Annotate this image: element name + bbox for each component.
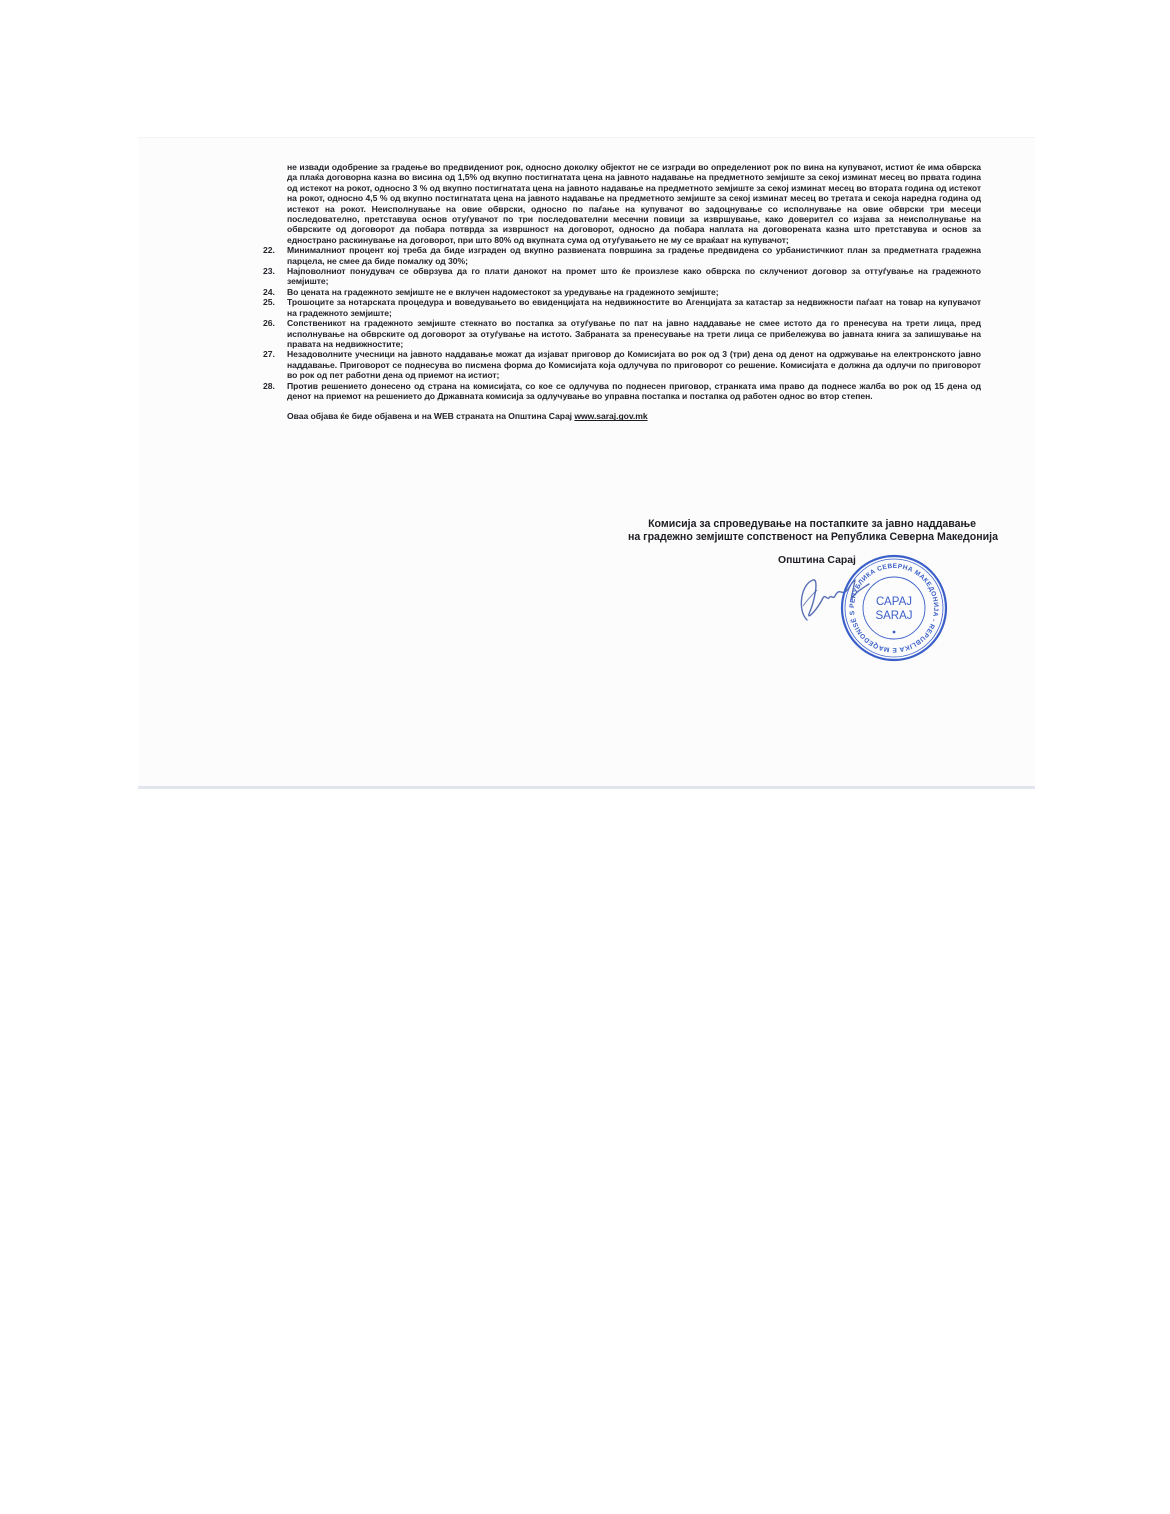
item-number: 26. [263,318,283,328]
item-number: 28. [263,381,283,391]
item-text: Против решението донесено од страна на к… [287,381,981,401]
item-text: Најповолниот понудувач се обврзува да го… [287,266,981,286]
item-text: Минималниот процент кој треба да биде из… [287,245,981,265]
conditions-list: 22. Минималниот процент кој треба да бид… [287,245,981,401]
list-item-22: 22. Минималниот процент кој треба да бид… [287,245,981,266]
item-text: Трошоците за нотарската процедура и вове… [287,297,981,317]
list-item-25: 25. Трошоците за нотарската процедура и … [287,297,981,318]
commission-title-line-1: Комисија за спроведување на постапките з… [578,518,998,531]
notice-text: Оваа објава ќе биде објавена и на WEB ст… [287,411,572,421]
list-item-28: 28. Против решението донесено од страна … [287,381,981,402]
list-item-27: 27. Незадоволните учесници на јавното на… [287,349,981,380]
stamp-center-cyrillic: САРАЈ [876,596,912,608]
list-item-26: 26. Сопственикот на градежното земјиште … [287,318,981,349]
item-number: 24. [263,287,283,297]
scanned-page: не извади одобрение за градење во предви… [138,138,1035,788]
list-item-23: 23. Најповолниот понудувач се обврзува д… [287,266,981,287]
publication-notice: Оваа објава ќе биде објавена и на WEB ст… [287,411,981,421]
continuation-paragraph: не извади одобрение за градење во предви… [287,162,981,245]
continuation-text: не извади одобрение за градење во предви… [287,162,981,245]
continuation-tail: од вкупната сума од отуѓувањето не му се… [514,235,789,245]
item-number: 27. [263,349,283,359]
item-number: 25. [263,297,283,307]
item-text: Сопственикот на градежното земјиште стек… [287,318,981,349]
website-link[interactable]: www.saraj.gov.mk [574,411,647,421]
penalty-percentage: 80% [494,235,511,245]
stamp-center-latin: SARAJ [875,610,912,622]
official-stamp-icon: РЕПУБЛИКА СЕВЕРНА МАКЕДОНИЈА - REPUBLIKA… [838,552,950,664]
item-number: 23. [263,266,283,276]
commission-signature-block: Комисија за спроведување на постапките з… [578,518,998,543]
list-item-24: 24. Во цената на градежното земјиште не … [287,287,981,297]
document-body: не извади одобрение за градење во предви… [287,162,981,422]
item-number: 22. [263,245,283,255]
commission-title-line-2: на градежно земјиште сопственост на Репу… [578,531,998,544]
item-text: Незадоволните учесници на јавното наддав… [287,349,981,380]
item-text: Во цената на градежното земјиште не е вк… [287,287,719,297]
